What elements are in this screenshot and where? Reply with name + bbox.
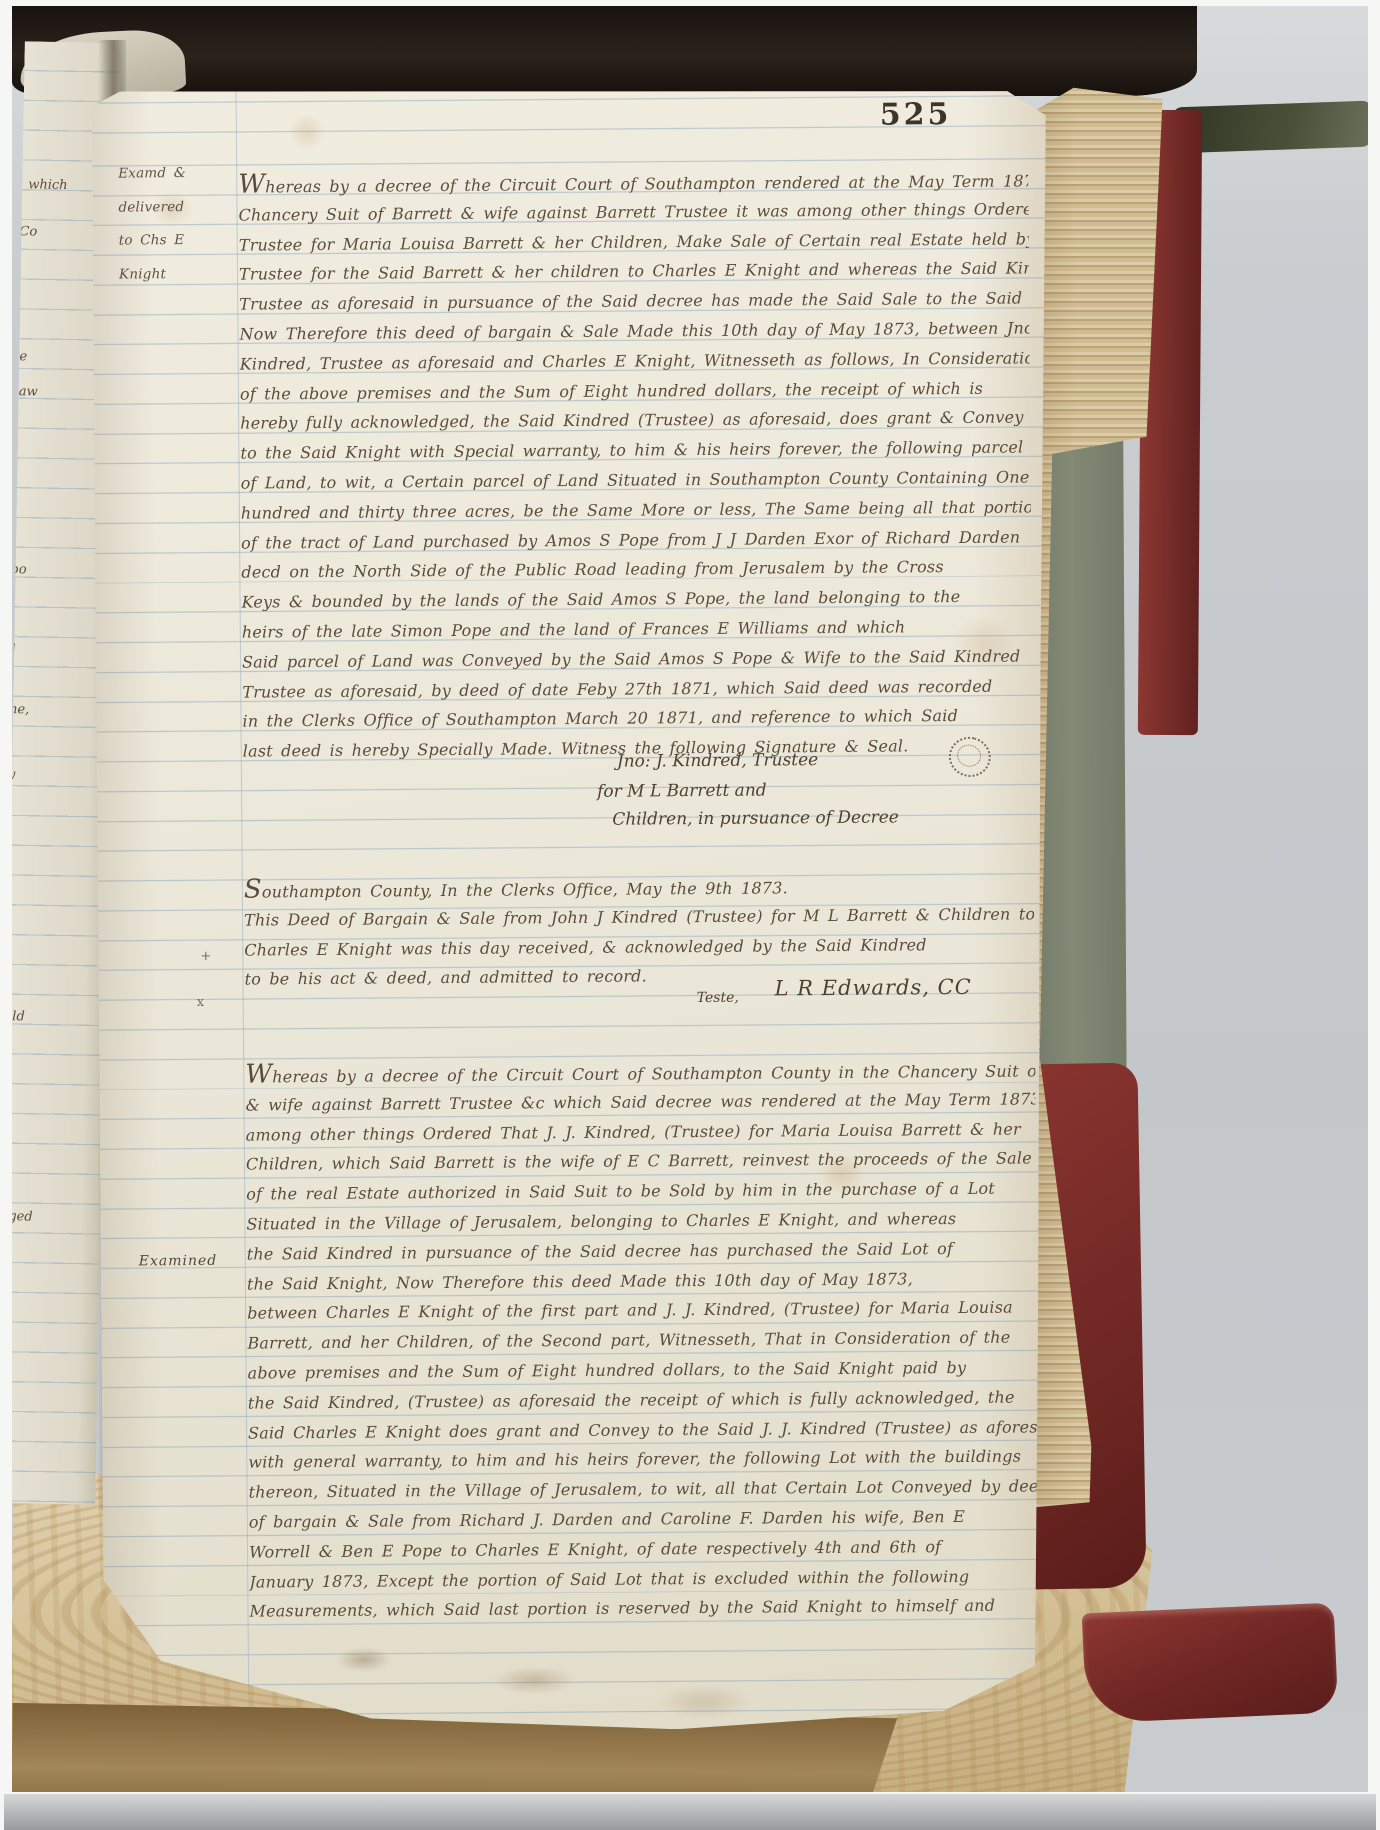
left-page-fragment: y: [12, 767, 15, 782]
left-page-fragment: x: [12, 319, 19, 334]
photo-frame: which Co x te law O 6 bo a me, y sold d,…: [0, 0, 1380, 1830]
margin-note-line: Knight: [119, 257, 235, 291]
deed-one-text: Whereas by a decree of the Circuit Court…: [238, 164, 1033, 766]
signature-kindred: Jno: J. Kindred, Trustee: [617, 750, 819, 772]
ledger-photo: which Co x te law O 6 bo a me, y sold d,…: [12, 6, 1368, 1792]
signature-children: Children, in pursuance of Decree: [612, 807, 899, 829]
margin-note-line: to Chs E: [119, 224, 235, 258]
left-page-fragment: sold: [12, 1009, 25, 1024]
teste-label: Teste,: [697, 990, 739, 1006]
margin-note-line: Examd &: [118, 157, 234, 191]
clerk-signature: L R Edwards, CC: [775, 975, 972, 1001]
left-page-fragment: te: [14, 349, 27, 364]
left-page-fragment: which: [28, 177, 68, 193]
left-page-fragment: O: [12, 437, 19, 452]
book-cover-corner: [1082, 1603, 1339, 1724]
book-top-shadow: [12, 6, 1197, 96]
signature-for-barrett: for M L Barrett and: [597, 780, 767, 801]
left-page-fragment: bo: [12, 562, 27, 577]
seal-scribble-inner: [955, 742, 983, 769]
handwritten-line: Measurements, which Said last portion is…: [249, 1591, 1039, 1627]
margin-note-examined: Examined: [139, 1253, 218, 1270]
left-page-fragment: me,: [12, 702, 29, 717]
left-page-fragment: law: [15, 384, 38, 399]
margin-plus-mark: +: [200, 949, 211, 964]
page-number: 525: [880, 97, 952, 133]
deed-two-text: Whereas by a decree of the Circuit Court…: [245, 1054, 1039, 1626]
left-page-fragment: edged: [12, 1209, 33, 1225]
margin-x-mark: x: [197, 995, 204, 1010]
margin-note-delivery: Examd &deliveredto Chs EKnight: [118, 157, 235, 292]
left-page-fragment: Co: [19, 224, 37, 239]
left-page-fragment: 6: [12, 522, 15, 537]
photo-frame-shadow: [4, 1794, 1376, 1830]
margin-note-line: delivered: [118, 190, 234, 224]
left-page-fragment: a: [12, 639, 16, 654]
ledger-page: 525 Examd &deliveredto Chs EKnight Where…: [92, 84, 1059, 1733]
